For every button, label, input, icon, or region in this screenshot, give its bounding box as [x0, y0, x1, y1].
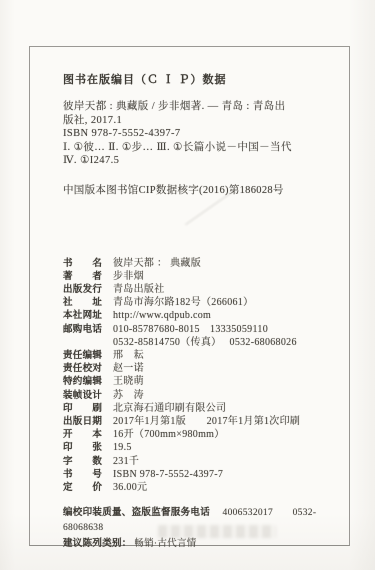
info-row-label: 印 张 — [63, 441, 113, 454]
info-row-value: 010-85787680-8015 13335059110 — [113, 323, 268, 336]
info-row-value: 王晓萌 — [113, 375, 144, 388]
info-row: 0532-85814750（传真） 0532-68068026 — [63, 336, 331, 349]
info-row-value: 36.00元 — [113, 481, 147, 494]
info-row-value: ISBN 978-7-5552-4397-7 — [113, 468, 223, 481]
info-row: 特约编辑 王晓萌 — [63, 375, 331, 388]
cip-line: Ⅳ. ①I247.5 — [63, 154, 331, 168]
cip-catalog-lines: 彼岸天都 : 典藏版 / 步非烟著. — 青岛 : 青岛出 版社, 2017.1… — [63, 100, 331, 168]
info-row-label: 特约编辑 — [63, 375, 113, 388]
info-row: 字 数 231千 — [63, 455, 331, 468]
shelf-category-line: 建议陈列类别： 畅销·古代言情 — [63, 536, 331, 552]
info-row-label: 书 号 — [63, 468, 113, 481]
info-row: 责任编辑 邢 耘 — [63, 349, 331, 362]
info-row-label: 开 本 — [63, 428, 113, 441]
info-row-value: 0532-85814750（传真） 0532-68068026 — [113, 336, 297, 349]
shelf-category-value: 畅销·古代言情 — [134, 539, 196, 549]
info-row-value: 2017年1月第1版 2017年1月第1次印刷 — [113, 415, 300, 428]
info-row-value: 赵一诺 — [113, 362, 144, 375]
info-row-value: 苏 涛 — [113, 389, 144, 402]
info-row-value: 19.5 — [113, 441, 132, 454]
info-row: 出版日期 2017年1月第1版 2017年1月第1次印刷 — [63, 415, 331, 428]
info-row-value: 彼岸天都 ： 典藏版 — [113, 257, 201, 270]
cip-border-box: 图书在版编目（Ｃ Ｉ Ｐ）数据 彼岸天都 : 典藏版 / 步非烟著. — 青岛 … — [29, 46, 350, 546]
cip-heading: 图书在版编目（Ｃ Ｉ Ｐ）数据 — [63, 71, 331, 87]
info-row: 出版发行 青岛出版社 — [63, 283, 331, 296]
info-row: 本社网址 http://www.qdpub.com — [63, 309, 331, 322]
info-row-label: 出版日期 — [63, 415, 113, 428]
info-row-label: 著 者 — [63, 270, 113, 283]
info-row: 书 号 ISBN 978-7-5552-4397-7 — [63, 468, 331, 481]
info-row-value: 邢 耘 — [113, 349, 144, 362]
info-row-label: 印 刷 — [63, 402, 113, 415]
info-row: 责任校对 赵一诺 — [63, 362, 331, 375]
cip-line: 版社, 2017.1 — [63, 114, 331, 128]
cip-record-number: 中国版本图书馆CIP数据核字(2016)第186028号 — [63, 182, 331, 197]
cip-line: 彼岸天都 : 典藏版 / 步非烟著. — 青岛 : 青岛出 — [63, 100, 331, 114]
cip-line: ISBN 978-7-5552-4397-7 — [63, 127, 331, 141]
info-row-value: 231千 — [113, 455, 139, 468]
info-row: 著 者 步非烟 — [63, 270, 331, 283]
info-row-label: 邮购电话 — [63, 323, 113, 336]
info-row-label: 本社网址 — [63, 309, 113, 322]
info-row: 装帧设计 苏 涛 — [63, 389, 331, 402]
info-row: 定 价 36.00元 — [63, 481, 331, 494]
info-row-label: 书 名 — [63, 257, 113, 270]
info-row: 社 址 青岛市海尔路182号（266061） — [63, 296, 331, 309]
info-row-label: 出版发行 — [63, 283, 113, 296]
info-row-label: 责任编辑 — [63, 349, 113, 362]
info-row: 开 本 16开（700mm×980mm） — [63, 428, 331, 441]
info-row-value: 北京海石通印刷有限公司 — [113, 402, 226, 415]
info-row-value: 16开（700mm×980mm） — [113, 428, 225, 441]
info-row-label: 定 价 — [63, 481, 113, 494]
info-row-value: 青岛市海尔路182号（266061） — [113, 296, 253, 309]
quality-service-line: 编校印装质量、盗版监督服务电话 4006532017 0532-68068638 — [63, 505, 331, 536]
info-row: 印 张 19.5 — [63, 441, 331, 454]
shelf-category-label: 建议陈列类别： — [63, 538, 132, 549]
info-row-value: 步非烟 — [113, 270, 144, 283]
service-phone-label: 编校印装质量、盗版监督服务电话 — [63, 507, 210, 518]
scanned-copyright-page: 图书在版编目（Ｃ Ｉ Ｐ）数据 彼岸天都 : 典藏版 / 步非烟著. — 青岛 … — [0, 0, 375, 570]
info-row: 邮购电话 010-85787680-8015 13335059110 — [63, 323, 331, 336]
publication-info-list: 书 名 彼岸天都 ： 典藏版 著 者 步非烟 出版发行 青岛出版社 社 址 青岛… — [63, 257, 331, 495]
info-row-label: 社 址 — [63, 296, 113, 309]
footer-block: 编校印装质量、盗版监督服务电话 4006532017 0532-68068638… — [63, 505, 331, 552]
info-row-value: 青岛出版社 — [113, 283, 165, 296]
info-row: 印 刷 北京海石通印刷有限公司 — [63, 402, 331, 415]
info-row-value: http://www.qdpub.com — [113, 309, 211, 322]
cip-line: Ⅰ. ①彼… Ⅱ. ①步… Ⅲ. ①长篇小说－中国－当代 — [63, 141, 331, 155]
info-row-label: 责任校对 — [63, 362, 113, 375]
info-row-label: 装帧设计 — [63, 389, 113, 402]
info-row: 书 名 彼岸天都 ： 典藏版 — [63, 257, 331, 270]
info-row-label: 字 数 — [63, 455, 113, 468]
